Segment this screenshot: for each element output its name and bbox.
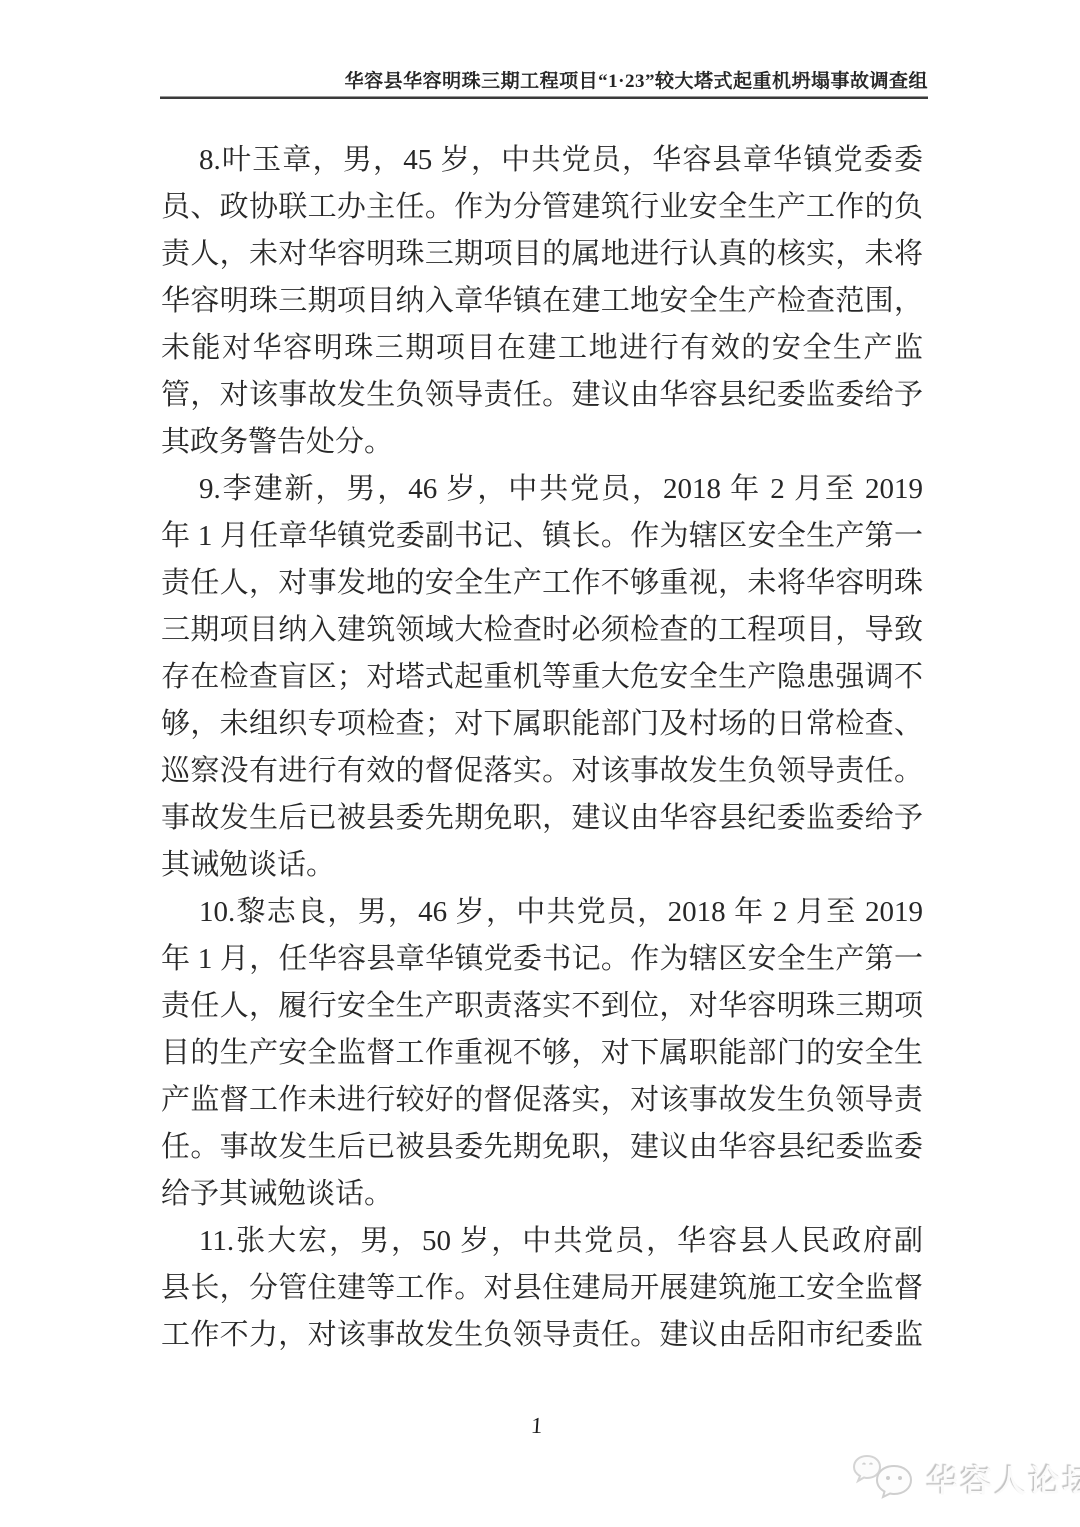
body-line: 管，对该事故发生负领导责任。建议由华容县纪委监委给予 <box>161 372 923 419</box>
body-line: 年 1 月，任华容县章华镇党委书记。作为辖区安全生产第一 <box>161 936 923 983</box>
body-line: 其诫勉谈话。 <box>161 842 923 889</box>
body-line: 责任人，履行安全生产职责落实不到位，对华容明珠三期项 <box>161 983 923 1030</box>
watermark: 华容人论坛 <box>853 1452 1080 1504</box>
body-line: 9.李建新，男，46 岁，中共党员，2018 年 2 月至 2019 <box>161 466 923 513</box>
body-line: 11.张大宏，男，50 岁，中共党员，华容县人民政府副 <box>161 1218 923 1265</box>
body-line: 责人，未对华容明珠三期项目的属地进行认真的核实，未将 <box>161 231 923 278</box>
body-line: 目的生产安全监督工作重视不够，对下属职能部门的安全生 <box>161 1030 923 1077</box>
document-body: 8.叶玉章，男，45 岁，中共党员，华容县章华镇党委委 员、政协联工办主任。作为… <box>161 137 923 1359</box>
body-line: 事故发生后已被县委先期免职，建议由华容县纪委监委给予 <box>161 795 923 842</box>
body-line: 产监督工作未进行较好的督促落实，对该事故发生负领导责 <box>161 1077 923 1124</box>
body-line: 任。事故发生后已被县委先期免职，建议由华容县纪委监委 <box>161 1124 923 1171</box>
body-line: 华容明珠三期项目纳入章华镇在建工地安全生产检查范围， <box>161 278 923 325</box>
body-line: 年 1 月任章华镇党委副书记、镇长。作为辖区安全生产第一 <box>161 513 923 560</box>
body-line: 巡察没有进行有效的督促落实。对该事故发生负领导责任。 <box>161 748 923 795</box>
page-number: 1 <box>530 1413 543 1439</box>
header-divider-line <box>160 96 928 99</box>
document-page: 华容县华容明珠三期工程项目“1·23”较大塔式起重机坍塌事故调查组 8.叶玉章，… <box>0 0 1080 1527</box>
body-line: 够，未组织专项检查；对下属职能部门及村场的日常检查、 <box>161 701 923 748</box>
body-line: 责任人，对事发地的安全生产工作不够重视，未将华容明珠 <box>161 560 923 607</box>
body-line: 三期项目纳入建筑领域大检查时必须检查的工程项目，导致 <box>161 607 923 654</box>
body-line: 10.黎志良，男，46 岁，中共党员，2018 年 2 月至 2019 <box>161 889 923 936</box>
page-header-title: 华容县华容明珠三期工程项目“1·23”较大塔式起重机坍塌事故调查组 <box>158 66 928 93</box>
body-line: 员、政协联工办主任。作为分管建筑行业安全生产工作的负 <box>161 184 923 231</box>
watermark-text: 华容人论坛 <box>927 1456 1080 1501</box>
body-line: 给予其诫勉谈话。 <box>161 1171 923 1218</box>
body-line: 工作不力，对该事故发生负领导责任。建议由岳阳市纪委监 <box>161 1312 923 1359</box>
body-line: 存在检查盲区；对塔式起重机等重大危安全生产隐患强调不 <box>161 654 923 701</box>
body-line: 未能对华容明珠三期项目在建工地进行有效的安全生产监 <box>161 325 923 372</box>
body-line: 其政务警告处分。 <box>161 419 923 466</box>
body-line: 8.叶玉章，男，45 岁，中共党员，华容县章华镇党委委 <box>161 137 923 184</box>
chat-bubbles-icon <box>853 1452 917 1504</box>
body-line: 县长，分管住建等工作。对县住建局开展建筑施工安全监督 <box>161 1265 923 1312</box>
